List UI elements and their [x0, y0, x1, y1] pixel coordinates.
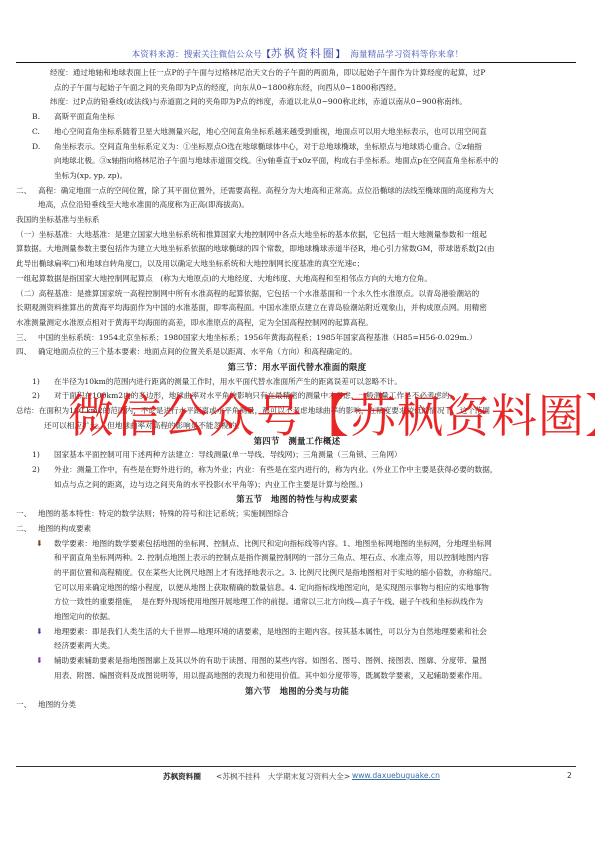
latitude-paragraph: 纬度：过P点的铅垂线(或法线)与赤道面之间的夹角即为P点的纬度，赤道以北从0~9…: [16, 95, 578, 110]
bullet-text: 辅助要素辅助要素是指地图图廓上及其以外的有助于读图、用图的某些内容。如图名、图号…: [54, 656, 487, 665]
list-item-text: 外业：测量工作中，有些是在野外进行的，称为外业；内业：有些是在室内进行的，称为内…: [54, 465, 497, 474]
datum-coordinate-line-2: 算数据。大地测量参数主要包括作为建立大地坐标系依据的地球椭球的四个常数，即地球椭…: [16, 242, 578, 257]
datum-elevation-line-2: 长期观测资料推算出的黄海平均海面作为中国的水准基面，即零高程面。中国水准原点建立…: [16, 301, 578, 316]
list-marker: D.: [16, 140, 54, 155]
section-3-item-2: 2)对于面积在100km2内的多边形，地球曲率对水平角的影响只有在最精密的测量中…: [16, 389, 578, 404]
section-3-heading: 第三节：用水平面代替水准面的限度: [16, 360, 578, 375]
aux-elements-bullet: ⬇辅助要素辅助要素是指地图图廓上及其以外的有助于读图、用图的某些内容。如图名、图…: [16, 654, 578, 669]
coordinate-systems-paragraph: 三、中国的坐标系统：1954北京坐标系；1980国家大地坐标系；1956年黄海高…: [16, 331, 578, 346]
datum-coordinate-line-1: （一）坐标基准：大地基准：是建立国家大地坐标系统和推算国家大地控制网中各点大地坐…: [16, 228, 578, 243]
list-marker: C.: [16, 125, 54, 140]
datum-coordinate-line-4: 一组起算数据是指国家大地控制网起算点 (称为大地原点)的大地经度、大地纬度、大地…: [16, 272, 578, 287]
section-6-heading: 第六节 地图的分类与功能: [16, 684, 578, 699]
list-marker: 一、: [16, 507, 38, 522]
map-basic-properties-text: 地图的基本特性：特定的数学法则；特殊的符号和注记系统；实施制图综合: [38, 509, 289, 518]
bullet-continuation: 和平面直角坐标网两种。2. 控制点地图上表示的控制点是指作测量控制网的一部分三角…: [16, 551, 578, 566]
summary-label: 总结：: [16, 406, 39, 415]
list-item-text: 对于面积在100km2内的多边形，地球曲率对水平角的影响只有在最精密的测量中才考…: [54, 391, 457, 400]
footer-tagline: <苏枫不挂科 大学期末复习资料大全>: [216, 771, 350, 782]
section-4-item-2: 2)外业：测量工作中，有些是在野外进行的，称为外业；内业：有些是在室内进行的，称…: [16, 463, 578, 478]
elevation-continuation: 地高，点位沿铅垂线至大地水准面的高度称为正高(即海拔高)。: [16, 198, 578, 213]
math-elements-bullet: ⬇数学要素：地图的数学要素包括地图的坐标网、控制点、比例尺和定向指标线等内容。1…: [16, 537, 578, 552]
bullet-continuation: 的平面位置和高程精度。仅在某些大比例尺地图上才有选择地表示之。3. 比例尺比例尺…: [16, 566, 578, 581]
document-body: 经度：通过地轴和地球表面上任一点P的子午面与过格林尼治天文台的子午面的两面角，即…: [16, 66, 578, 713]
map-classification-title: 一、地图的分类: [16, 698, 578, 713]
footer-brand: 苏枫资料圈: [163, 771, 201, 782]
longitude-paragraph-line-2: 点的子午面与起始子午面之间的夹角即为P点的经度，向东从0~1800称东经，向西从…: [16, 81, 578, 96]
bullet-text: 数学要素：地图的数学要素包括地图的坐标网、控制点、比例尺和定向指标线等内容。1、…: [54, 539, 492, 548]
arrow-bullet-icon: ⬇: [16, 537, 54, 552]
header-suffix: 海量精品学习资料等你来拿！: [350, 50, 463, 60]
section-3-summary: 总结：在面积为100 km2的范围内，不论是进行水平距离或水平角测量，都可以不考…: [16, 404, 578, 419]
list-marker: 三、: [16, 331, 38, 346]
header-bracket-close: 】: [336, 50, 345, 60]
footer-website-link[interactable]: www.daxuebuguake.cn: [352, 771, 440, 780]
list-item-text: 角坐标表示。空间直角坐标系定义为：①坐标原点O选在地球椭球体中心，对于总地球椭球…: [54, 142, 482, 151]
list-item-text: 国家基本平面控制可用下述两种方法建立：导线测量(单一导线、导线网)；三角测量（三…: [54, 450, 402, 459]
list-marker: 2): [16, 389, 54, 404]
section-4-item-2-continuation: 如点与点之间的距离，边与边之间夹角的水平投影(水平角等)；内业工作主要是计算与绘…: [16, 478, 578, 493]
map-classification-text: 地图的分类: [38, 700, 76, 709]
section-3-summary-continuation: 还可以相应扩大。 但地球曲率对高程的影响是不能忽视的。: [16, 419, 578, 434]
datum-elevation-line-1: （二）高程基准：是推算国家统一高程控制网中所有水准高程的起算依据，它包括一个水准…: [16, 287, 578, 302]
list-marker: 1): [16, 448, 54, 463]
elevation-paragraph: 二、高程：确定地面一点的空间位置，除了其平面位置外，还需要高程。高程分为大地高和…: [16, 184, 578, 199]
page-number: 2: [567, 771, 572, 780]
geo-elements-bullet: ⬇地理要素：即是我们人类生活的大千世界—地理环境的诸要素，是地图的主题内容。按其…: [16, 625, 578, 640]
bullet-text: 地理要素：即是我们人类生活的大千世界—地理环境的诸要素，是地图的主题内容。按其基…: [54, 627, 487, 636]
list-marker: 二、: [16, 184, 38, 199]
list-marker: B.: [16, 110, 54, 125]
map-basic-properties: 一、地图的基本特性：特定的数学法则；特殊的符号和注记系统；实施制图综合: [16, 507, 578, 522]
bullet-continuation: 方位一致性的重要措施， 是在野外现场使用地图开展地理工作的前提。通常以三北方向线…: [16, 595, 578, 610]
list-item-d-continuation-2: 坐标为(xp, yp, zp)。: [16, 169, 578, 184]
arrow-bullet-icon: ⬇: [16, 625, 54, 640]
list-item-c: C.地心空间直角坐标系随着卫星大地测量兴起，地心空间直角坐标系越来越受到重视，地…: [16, 125, 578, 140]
datum-coordinate-line-3: 此导出椭球扁率□)和地球自转角度□，以及用以确定大地坐标系统和大地控制网长度基准…: [16, 257, 578, 272]
section-4-heading: 第四节 测量工作概述: [16, 434, 578, 449]
elevation-text: 高程：确定地面一点的空间位置，除了其平面位置外，还需要高程。高程分为大地高和正常…: [38, 186, 494, 195]
datum-elevation-line-3: 水准测量测定水准原点相对于黄海平均海面的高差，即水准原点的高程，定为全国高程控制…: [16, 316, 578, 331]
list-item-b: B.高斯平面直角坐标: [16, 110, 578, 125]
header-brand: 苏枫资料圈: [271, 47, 336, 60]
datum-title: 我国的坐标基准与坐标系: [16, 213, 578, 228]
map-composition-title: 二、地图的构成要素: [16, 522, 578, 537]
bullet-continuation: 它可以用来确定地图的缩小程度，以便从地图上获取精确的数量信息。4. 定向指标线地…: [16, 581, 578, 596]
list-marker: 一、: [16, 698, 38, 713]
section-4-item-1: 1)国家基本平面控制可用下述两种方法建立：导线测量(单一导线、导线网)；三角测量…: [16, 448, 578, 463]
header-banner: 本资料来源：搜索关注微信公众号【苏枫资料圈】 海量精品学习资料等你来拿！: [0, 45, 595, 61]
list-marker: 1): [16, 375, 54, 390]
coordinate-systems-text: 中国的坐标系统：1954北京坐标系；1980国家大地坐标系；1956年黄海高程系…: [38, 333, 477, 342]
basic-elements-paragraph: 四、确定地面点位的三个基本要素：地面点间的位置关系是以距离、水平角（方向）和高程…: [16, 345, 578, 360]
longitude-paragraph-line-1: 经度：通过地轴和地球表面上任一点P的子午面与过格林尼治天文台的子午面的两面角，即…: [16, 66, 578, 81]
arrow-bullet-icon: ⬇: [16, 654, 54, 669]
header-bracket-open: 【: [262, 50, 271, 60]
list-item-d: D.角坐标表示。空间直角坐标系定义为：①坐标原点O选在地球椭球体中心，对于总地球…: [16, 140, 578, 155]
bullet-continuation: 地图定向的依据。: [16, 610, 578, 625]
bullet-continuation: 经济要素两大类。: [16, 639, 578, 654]
map-composition-text: 地图的构成要素: [38, 524, 91, 533]
list-item-text: 高斯平面直角坐标: [54, 112, 115, 121]
list-item-d-continuation-1: 向地球北极。③x轴指向格林尼治子午面与地球赤道面交线。④y轴垂直于x0z平面，构…: [16, 154, 578, 169]
section-3-item-1: 1)在半径为10km的范围内进行距离的测量工作时，用水平面代替水准面所产生的距离…: [16, 375, 578, 390]
header-divider: [16, 62, 576, 63]
footer-divider: [16, 766, 576, 767]
bullet-continuation: 用表、附图、编图资料及成图说明等，用以提高地图的表现力和使用价值。其中如分度带等…: [16, 669, 578, 684]
section-5-heading: 第五节 地图的特性与构成要素: [16, 492, 578, 507]
header-prefix: 本资料来源：搜索关注微信公众号: [132, 50, 263, 60]
list-item-text: 地心空间直角坐标系随着卫星大地测量兴起，地心空间直角坐标系越来越受到重视，地面点…: [54, 127, 487, 136]
basic-elements-text: 确定地面点位的三个基本要素：地面点间的位置关系是以距离、水平角（方向）和高程确定…: [38, 347, 357, 356]
list-marker: 四、: [16, 345, 38, 360]
list-marker: 2): [16, 463, 54, 478]
list-item-text: 在半径为10km的范围内进行距离的测量工作时，用水平面代替水准面所产生的距离误差…: [54, 377, 402, 386]
list-marker: 二、: [16, 522, 38, 537]
summary-text: 在面积为100 km2的范围内，不论是进行水平距离或水平角测量，都可以不考虑地球…: [39, 406, 490, 415]
